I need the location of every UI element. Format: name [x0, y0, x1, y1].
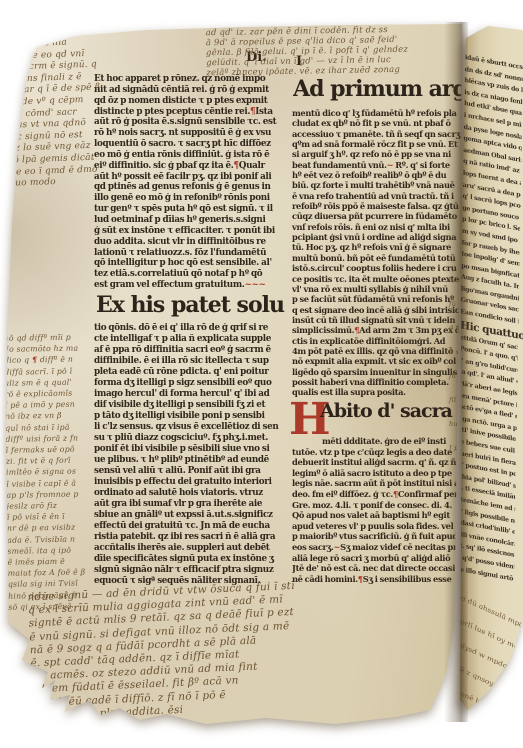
- left-page: Di. I ē q sacrū hīamīa de eo qd vnīp. sa…: [6, 24, 462, 724]
- column1-paragraph2: tio qōnis. dō ē ei q' illa rō de ģ qrif …: [94, 323, 292, 587]
- facing-page-hand-notes: a dū ahssulā mpān ī wprlī lue hī oy masl…: [456, 586, 522, 731]
- column2-section-heading1: Ad primum argu: [293, 76, 465, 102]
- left-page-shadow-wrap: Di. I ē q sacrū hīamīa de eo qd vnīp. sa…: [6, 24, 462, 724]
- column2-paragraph1: mentū dico q' lʒ fūdamētū hº refois plac…: [292, 108, 462, 398]
- facing-page-text: idaū ē sburtt occssodn ds dz sd' nonnus …: [456, 52, 523, 585]
- facing-page-upper-text: idaū ē sburtt occssodn ds dz sd' nonnus …: [460, 52, 523, 328]
- column1-section-heading: Ex his patet solu: [96, 292, 294, 318]
- column2-section-heading2: Abito d' sacra: [290, 400, 466, 422]
- column2-paragraph2: mēti ddditate. ģro de eiº institutōe. vt…: [292, 436, 464, 584]
- facing-page: idaū ē sburtt occssodn ds dz sd' nonnus …: [458, 20, 523, 732]
- margin-notes-bottom: ndue signū — ad ēn dridū vt vtw ōsuca q …: [27, 573, 464, 724]
- column1-paragraph1: Et hoc apparet p rōnez. qz nomē imponit …: [94, 74, 292, 291]
- facing-page-lower-text: ettdā Orum q' sacīmPoncū. l' a quo. q'ir…: [456, 332, 518, 585]
- facing-page-shadow-wrap: idaū ē sburtt occssodn ds dz sd' nonnus …: [458, 20, 523, 732]
- margin-notes-mid-left: nō qd diffº mīi pdo sacmōto hz madico q …: [4, 331, 99, 613]
- book-photo: Di. I ē q sacrū hīamīa de eo qd vnīp. sa…: [0, 0, 523, 748]
- margin-notes-top-right: ad qd' iz. zar pēn ē dini ī codēn. fit d…: [206, 24, 465, 78]
